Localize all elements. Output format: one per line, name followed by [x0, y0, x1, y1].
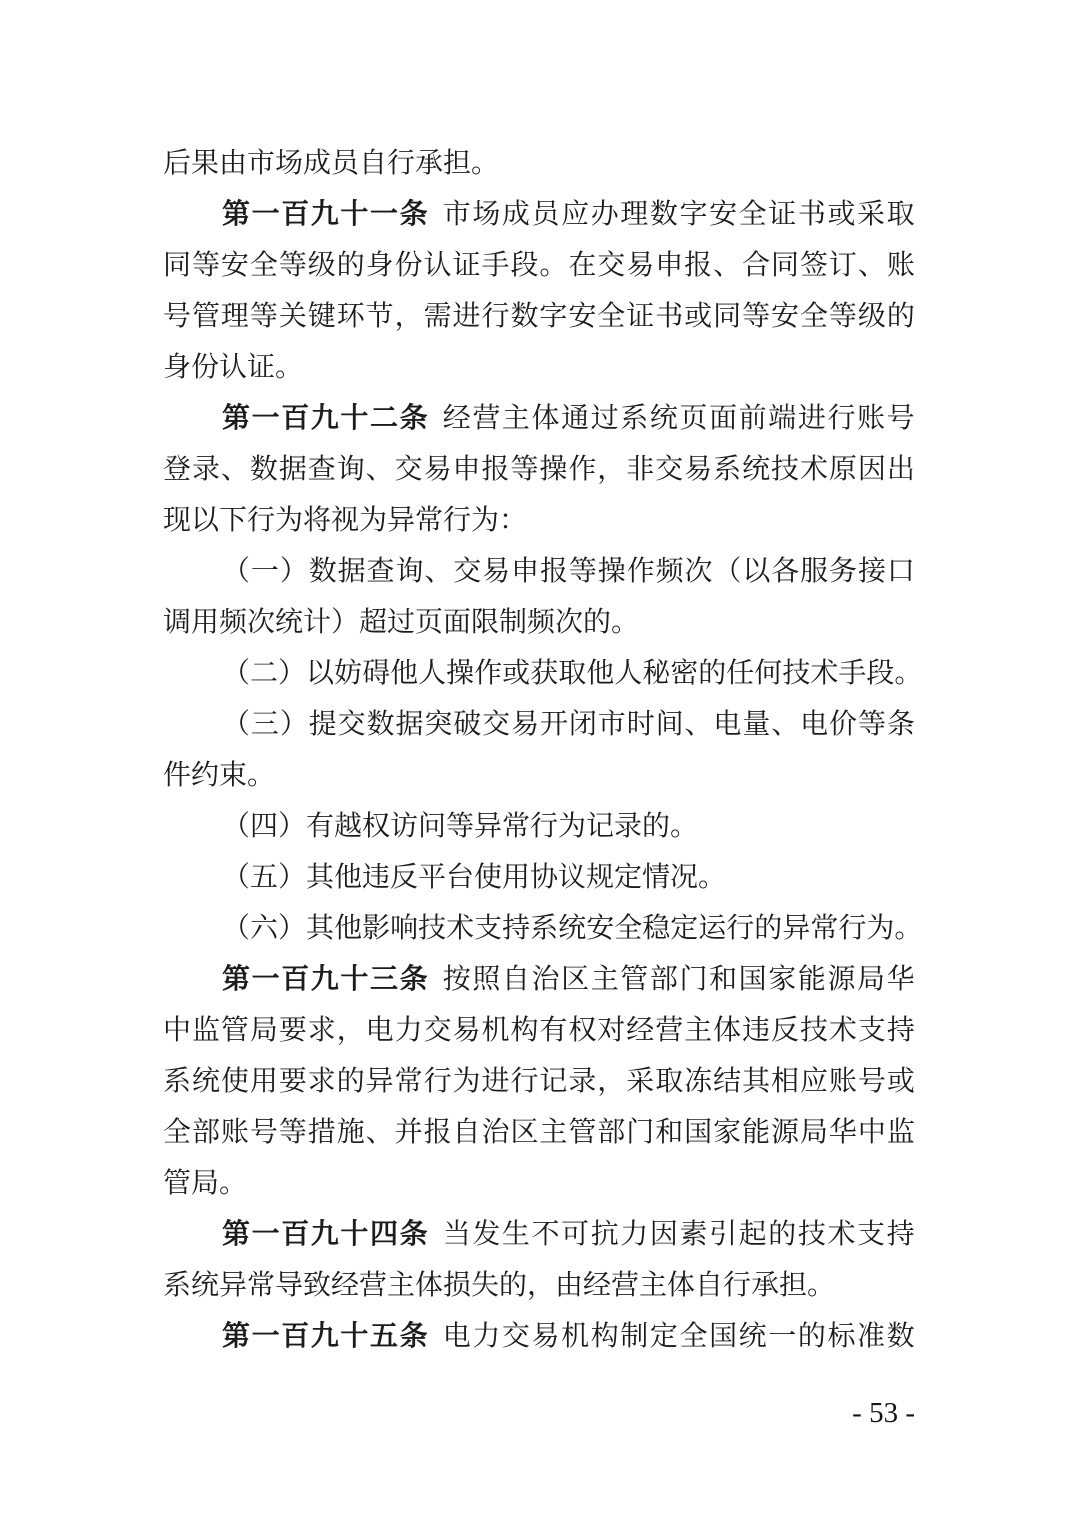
page-number: - 53 -	[852, 1396, 915, 1430]
text-line: （六）其他影响技术支持系统安全稳定运行的异常行为。	[163, 902, 915, 953]
article-line: 第一百九十一条市场成员应办理数字安全证书或采取	[163, 188, 915, 239]
text-line: （三）提交数据突破交易开闭市时间、电量、电价等条	[163, 698, 915, 749]
text-line: 号管理等关键环节，需进行数字安全证书或同等安全等级的	[163, 290, 915, 341]
text-line: 后果由市场成员自行承担。	[163, 137, 915, 188]
article-line: 第一百九十五条电力交易机构制定全国统一的标准数	[163, 1310, 915, 1361]
text-line: 登录、数据查询、交易申报等操作，非交易系统技术原因出	[163, 443, 915, 494]
text-line: 身份认证。	[163, 341, 915, 392]
text-line: 管局。	[163, 1157, 915, 1208]
text-line: 调用频次统计）超过页面限制频次的。	[163, 596, 915, 647]
text-line: 全部账号等措施、并报自治区主管部门和国家能源局华中监	[163, 1106, 915, 1157]
text-line: 中监管局要求，电力交易机构有权对经营主体违反技术支持	[163, 1004, 915, 1055]
text-line: 同等安全等级的身份认证手段。在交易申报、合同签订、账	[163, 239, 915, 290]
article-line: 第一百九十四条当发生不可抗力因素引起的技术支持	[163, 1208, 915, 1259]
document-page: { "page": { "number_label": "- 53 -", "b…	[0, 0, 1080, 1527]
text-line: （五）其他违反平台使用协议规定情况。	[163, 851, 915, 902]
text-line: 件约束。	[163, 749, 915, 800]
article-line: 第一百九十二条经营主体通过系统页面前端进行账号	[163, 392, 915, 443]
article-line: 第一百九十三条按照自治区主管部门和国家能源局华	[163, 953, 915, 1004]
text-line: 现以下行为将视为异常行为：	[163, 494, 915, 545]
text-line: （一）数据查询、交易申报等操作频次（以各服务接口	[163, 545, 915, 596]
text-line: （二）以妨碍他人操作或获取他人秘密的任何技术手段。	[163, 647, 915, 698]
text-line: 系统使用要求的异常行为进行记录，采取冻结其相应账号或	[163, 1055, 915, 1106]
text-line: 系统异常导致经营主体损失的，由经营主体自行承担。	[163, 1259, 915, 1310]
text-line: （四）有越权访问等异常行为记录的。	[163, 800, 915, 851]
document-body: 后果由市场成员自行承担。第一百九十一条市场成员应办理数字安全证书或采取同等安全等…	[163, 137, 915, 1361]
